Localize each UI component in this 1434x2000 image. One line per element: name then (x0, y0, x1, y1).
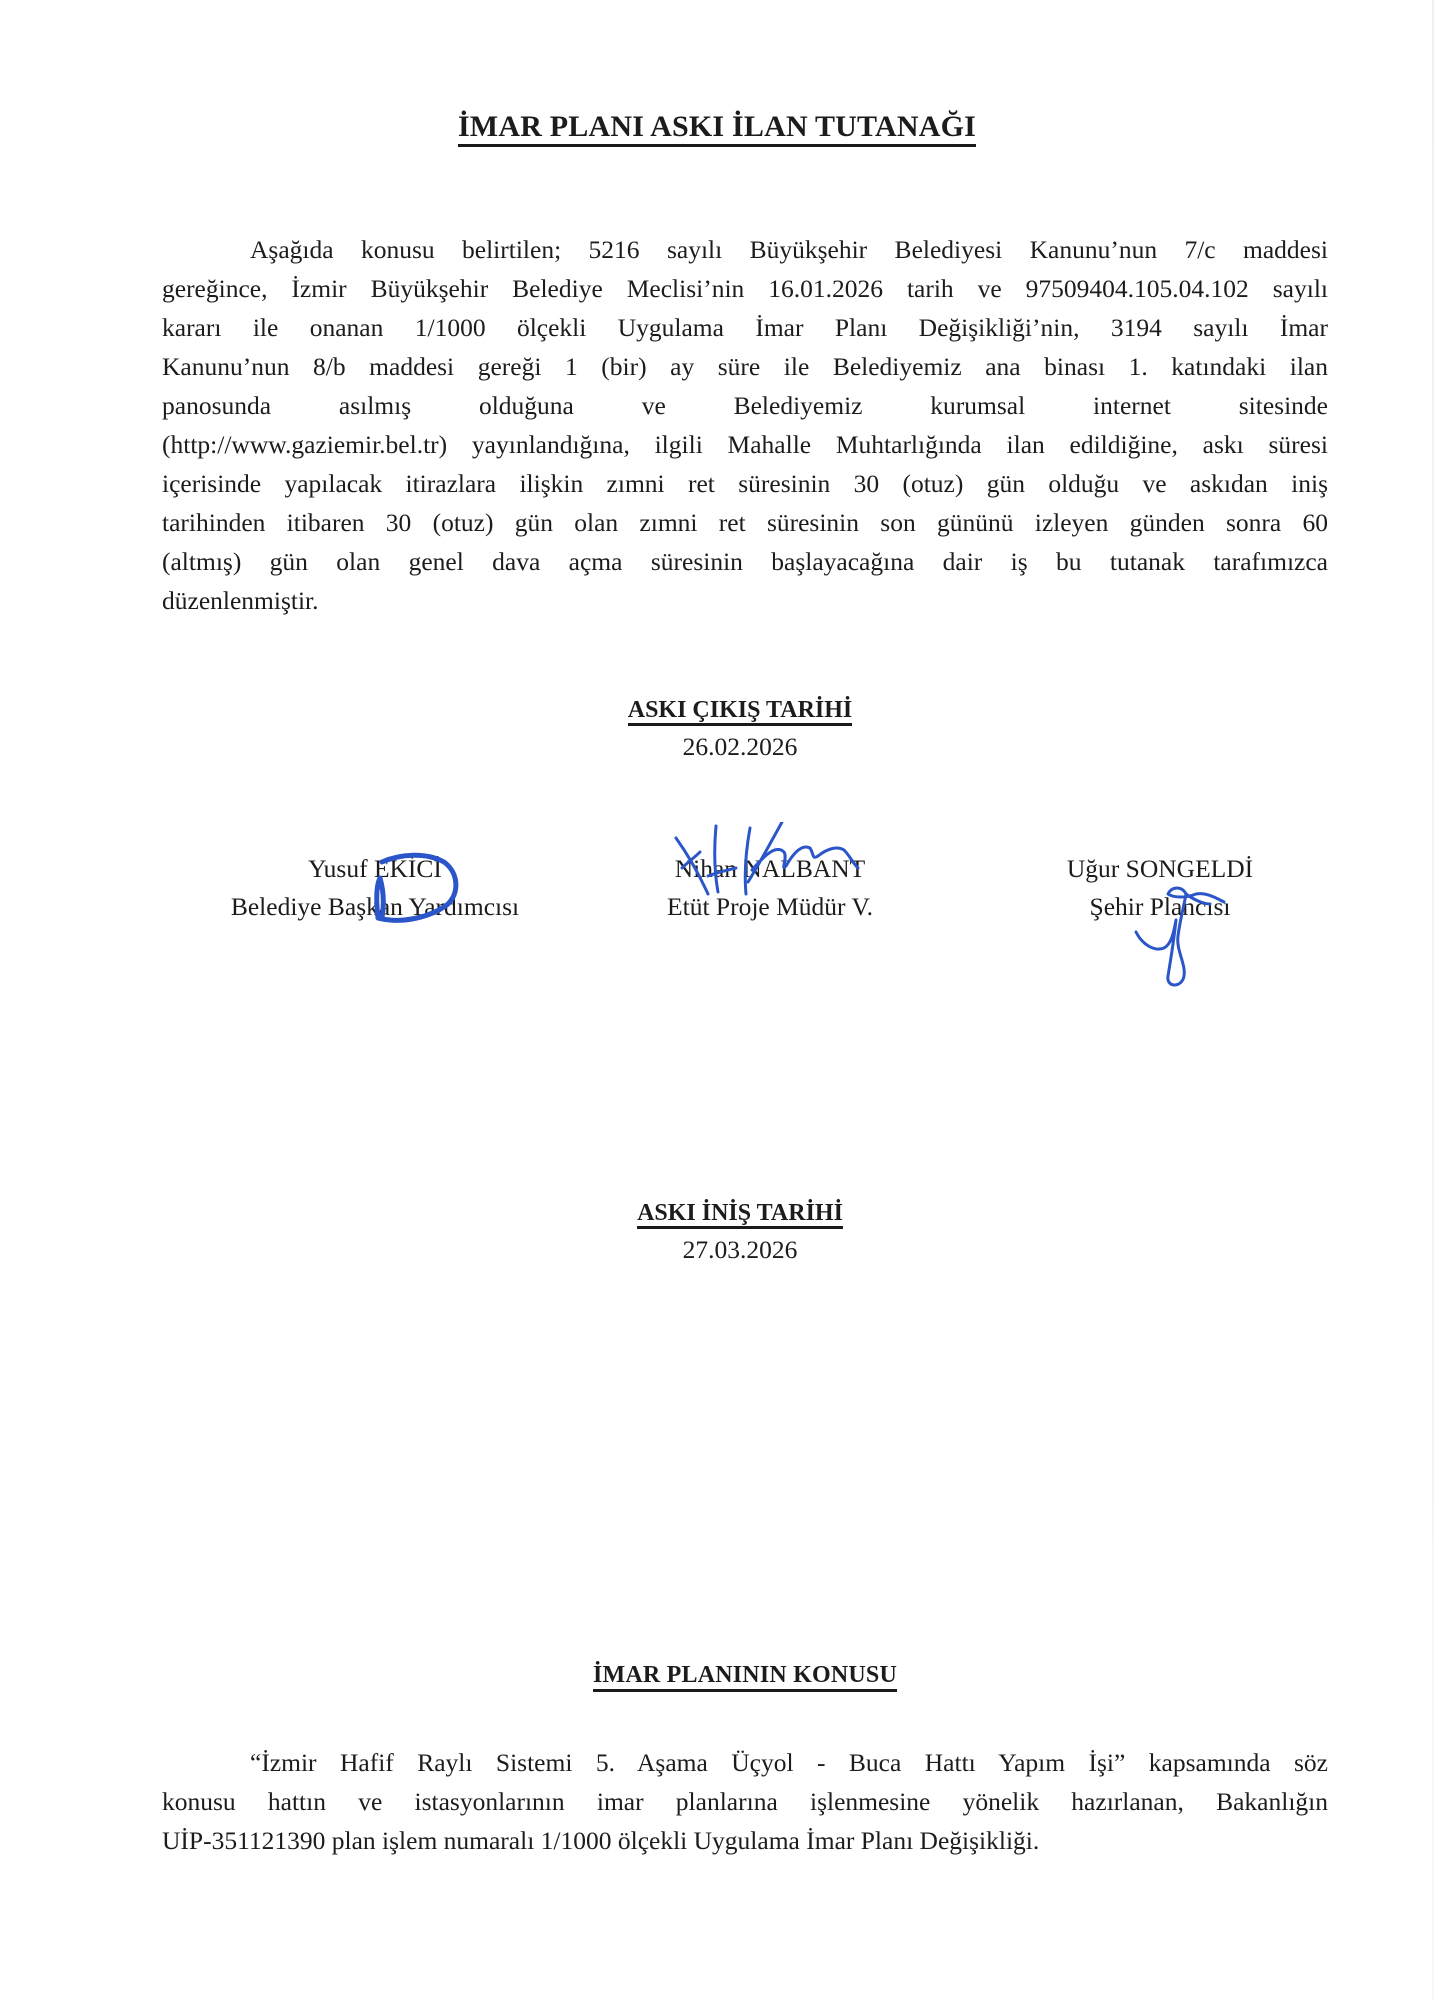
signatory-role: Etüt Proje Müdür V. (610, 888, 930, 926)
paragraph-line: Kanunu’nun 8/b maddesi gereği 1 (bir) ay… (162, 347, 1328, 386)
signatory-name: Yusuf EKİCİ (180, 850, 570, 888)
signatory-role: Belediye Başkan Yardımcısı (180, 888, 570, 926)
posting-in-date: 27.03.2026 (540, 1235, 940, 1265)
paragraph-line: içerisinde yapılacak itirazlara ilişkin … (162, 464, 1328, 503)
signatory-3: Uğur SONGELDİ Şehir Plancısı (1010, 850, 1310, 926)
paragraph-line: Aşağıda konusu belirtilen; 5216 sayılı B… (162, 230, 1328, 269)
signatory-1: Yusuf EKİCİ Belediye Başkan Yardımcısı (180, 850, 570, 926)
posting-in-date-block: ASKI İNİŞ TARİHİ 27.03.2026 (540, 1200, 940, 1265)
paragraph-line: panosunda asılmış olduğuna ve Belediyemi… (162, 386, 1328, 425)
signatory-role: Şehir Plancısı (1010, 888, 1310, 926)
paragraph-line: (altmış) gün olan genel dava açma süresi… (162, 542, 1328, 581)
subject-heading-text: İMAR PLANININ KONUSU (593, 1663, 897, 1692)
signatory-name: Uğur SONGELDİ (1010, 850, 1310, 888)
signatory-name: Nihan NALBANT (610, 850, 930, 888)
paragraph-line: kararı ile onanan 1/1000 ölçekli Uygulam… (162, 308, 1328, 347)
subject-line: konusu hattın ve istasyonlarının imar pl… (162, 1782, 1328, 1821)
document-title-text: İMAR PLANI ASKI İLAN TUTANAĞI (458, 111, 976, 147)
subject-line: “İzmir Hafif Raylı Sistemi 5. Aşama Üçyo… (162, 1743, 1328, 1782)
posting-out-date-block: ASKI ÇIKIŞ TARİHİ 26.02.2026 (540, 697, 940, 762)
signatory-2: Nihan NALBANT Etüt Proje Müdür V. (610, 850, 930, 926)
subject-heading: İMAR PLANININ KONUSU (0, 1662, 1434, 1692)
subject-line: UİP-351121390 plan işlem numaralı 1/1000… (162, 1821, 1328, 1860)
subject-paragraph: “İzmir Hafif Raylı Sistemi 5. Aşama Üçyo… (162, 1743, 1328, 1860)
posting-in-label: ASKI İNİŞ TARİHİ (637, 1200, 843, 1229)
paragraph-line: (http://www.gaziemir.bel.tr) yayınlandığ… (162, 425, 1328, 464)
main-paragraph: Aşağıda konusu belirtilen; 5216 sayılı B… (162, 230, 1328, 620)
paragraph-line: tarihinden itibaren 30 (otuz) gün olan z… (162, 503, 1328, 542)
posting-out-date: 26.02.2026 (540, 732, 940, 762)
paragraph-line: düzenlenmiştir. (162, 581, 1328, 620)
paragraph-line: gereğince, İzmir Büyükşehir Belediye Mec… (162, 269, 1328, 308)
document-title: İMAR PLANI ASKI İLAN TUTANAĞI (0, 110, 1434, 147)
posting-out-label: ASKI ÇIKIŞ TARİHİ (628, 697, 853, 726)
